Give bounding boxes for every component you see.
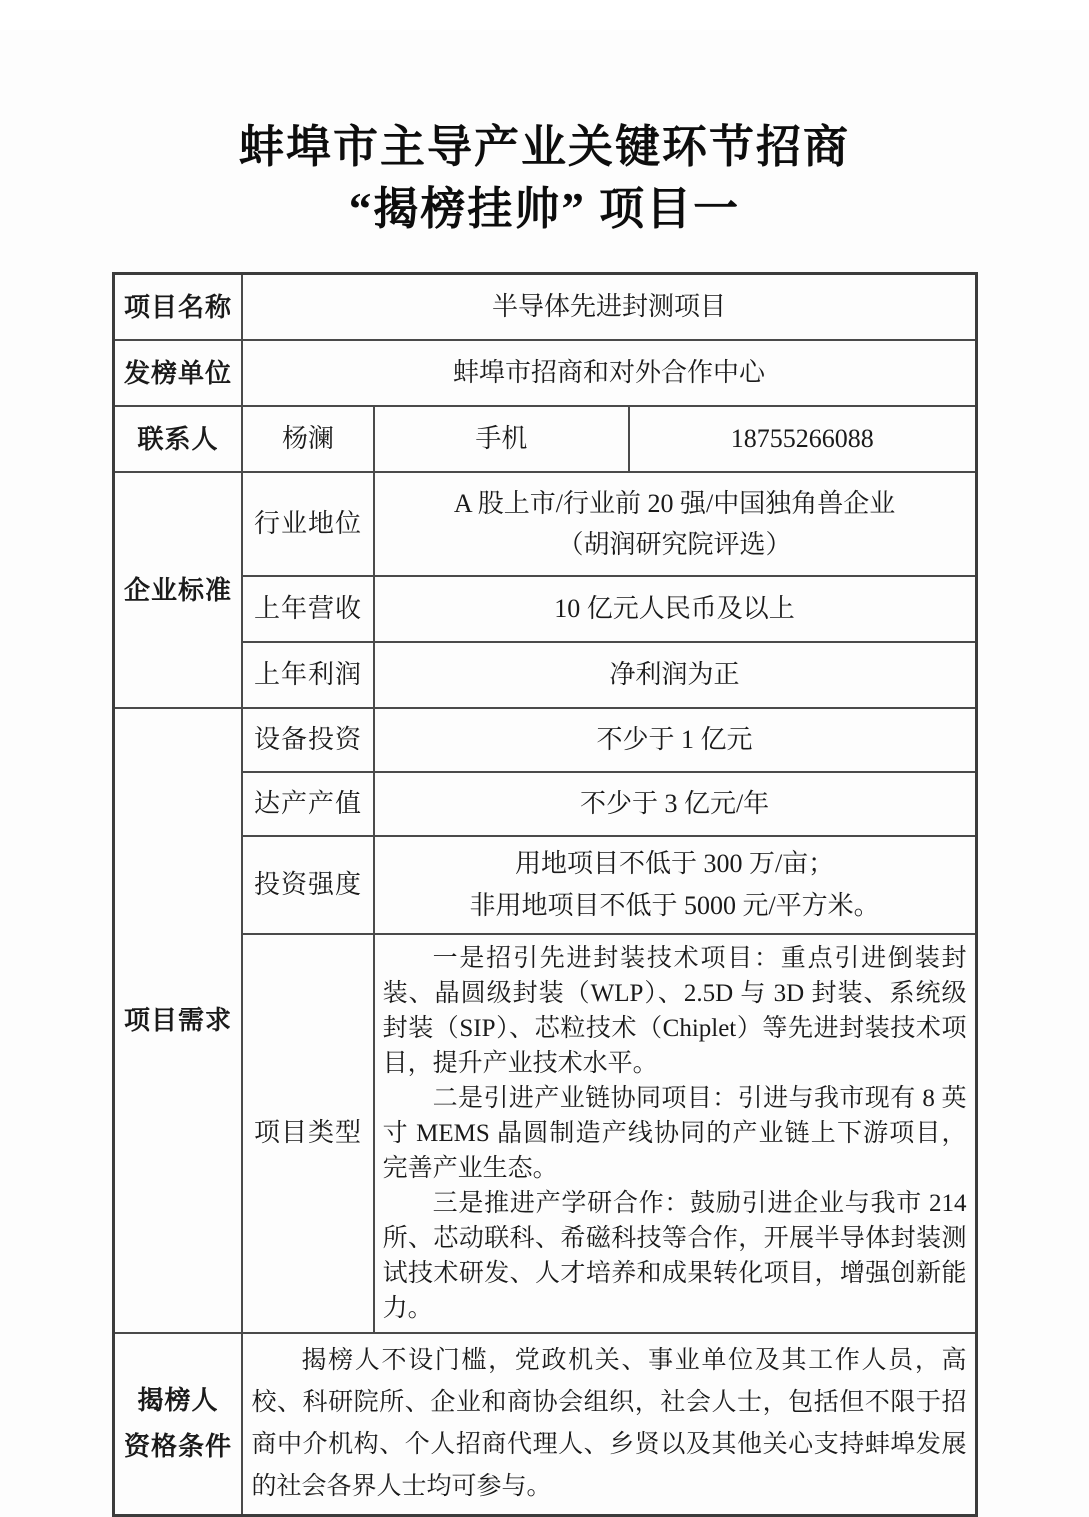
table-row-announcing-unit: 发榜单位 蚌埠市招商和对外合作中心 <box>113 340 976 406</box>
project-table: 项目名称 半导体先进封测项目 发榜单位 蚌埠市招商和对外合作中心 联系人 杨澜 … <box>112 272 978 1516</box>
equipment-investment-label: 设备投资 <box>242 708 373 772</box>
announcing-unit-label: 发榜单位 <box>113 340 242 406</box>
contact-phone-label: 手机 <box>374 406 629 472</box>
investment-intensity-value-line1: 用地项目不低于 300 万/亩； <box>383 843 967 885</box>
project-type-paragraph-3: 三是推进产学研合作：鼓励引进企业与我市 214 所、芯动联科、希磁科技等合作，开… <box>383 1186 967 1326</box>
page-title-line2: “揭榜挂帅” 项目一 <box>0 178 1089 240</box>
contact-label: 联系人 <box>113 406 242 472</box>
project-type-paragraph-2: 二是引进产业链协同项目：引进与我市现有 8 英寸 MEMS 晶圆制造产线协同的产… <box>383 1081 967 1186</box>
table-row-project-name: 项目名称 半导体先进封测项目 <box>113 274 976 341</box>
applicant-qualification-label-line2: 资格条件 <box>123 1424 234 1470</box>
enterprise-criteria-label: 企业标准 <box>113 472 242 708</box>
industry-status-value: A 股上市/行业前 20 强/中国独角兽企业 （胡润研究院评选） <box>374 472 976 576</box>
contact-phone-number: 18755266088 <box>629 406 976 472</box>
last-year-profit-label: 上年利润 <box>242 642 373 708</box>
investment-intensity-value: 用地项目不低于 300 万/亩； 非用地项目不低于 5000 元/平方米。 <box>374 836 976 933</box>
reaching-output-value-value: 不少于 3 亿元/年 <box>374 772 976 836</box>
project-requirements-label: 项目需求 <box>113 708 242 1332</box>
project-name-label: 项目名称 <box>113 274 242 341</box>
table-row-last-year-profit: 上年利润 净利润为正 <box>113 642 976 708</box>
industry-status-label: 行业地位 <box>242 472 373 576</box>
table-row-contact: 联系人 杨澜 手机 18755266088 <box>113 406 976 472</box>
equipment-investment-value: 不少于 1 亿元 <box>374 708 976 772</box>
applicant-qualification-value: 揭榜人不设门槛，党政机关、事业单位及其工作人员，高校、科研院所、企业和商协会组织… <box>242 1333 976 1516</box>
last-year-revenue-label: 上年营收 <box>242 576 373 642</box>
project-type-paragraph-1: 一是招引先进封装技术项目：重点引进倒装封装、晶圆级封装（WLP）、2.5D 与 … <box>383 941 967 1081</box>
page-title: 蚌埠市主导产业关键环节招商 “揭榜挂帅” 项目一 <box>0 30 1089 240</box>
table-row-reaching-output-value: 达产产值 不少于 3 亿元/年 <box>113 772 976 836</box>
contact-name: 杨澜 <box>242 406 373 472</box>
industry-status-value-line1: A 股上市/行业前 20 强/中国独角兽企业 <box>383 483 967 525</box>
project-type-value: 一是招引先进封装技术项目：重点引进倒装封装、晶圆级封装（WLP）、2.5D 与 … <box>374 934 976 1333</box>
table-row-industry-status: 企业标准 行业地位 A 股上市/行业前 20 强/中国独角兽企业 （胡润研究院评… <box>113 472 976 576</box>
announcing-unit-value: 蚌埠市招商和对外合作中心 <box>242 340 976 406</box>
table-row-applicant-qualification: 揭榜人 资格条件 揭榜人不设门槛，党政机关、事业单位及其工作人员，高校、科研院所… <box>113 1333 976 1516</box>
table-row-equipment-investment: 项目需求 设备投资 不少于 1 亿元 <box>113 708 976 772</box>
last-year-revenue-value: 10 亿元人民币及以上 <box>374 576 976 642</box>
table-row-investment-intensity: 投资强度 用地项目不低于 300 万/亩； 非用地项目不低于 5000 元/平方… <box>113 836 976 933</box>
applicant-qualification-label: 揭榜人 资格条件 <box>113 1333 242 1516</box>
investment-intensity-label: 投资强度 <box>242 836 373 933</box>
table-row-last-year-revenue: 上年营收 10 亿元人民币及以上 <box>113 576 976 642</box>
industry-status-value-line2: （胡润研究院评选） <box>383 524 967 566</box>
page-title-line1: 蚌埠市主导产业关键环节招商 <box>0 116 1089 178</box>
investment-intensity-value-line2: 非用地项目不低于 5000 元/平方米。 <box>383 885 967 927</box>
last-year-profit-value: 净利润为正 <box>374 642 976 708</box>
project-type-label: 项目类型 <box>242 934 373 1333</box>
applicant-qualification-label-line1: 揭榜人 <box>123 1378 234 1424</box>
document-page: 蚌埠市主导产业关键环节招商 “揭榜挂帅” 项目一 项目名称 半导体先进封测项目 … <box>0 30 1089 1516</box>
reaching-output-value-label: 达产产值 <box>242 772 373 836</box>
project-name-value: 半导体先进封测项目 <box>242 274 976 341</box>
applicant-qualification-text: 揭榜人不设门槛，党政机关、事业单位及其工作人员，高校、科研院所、企业和商协会组织… <box>251 1340 966 1508</box>
table-row-project-type: 项目类型 一是招引先进封装技术项目：重点引进倒装封装、晶圆级封装（WLP）、2.… <box>113 934 976 1333</box>
